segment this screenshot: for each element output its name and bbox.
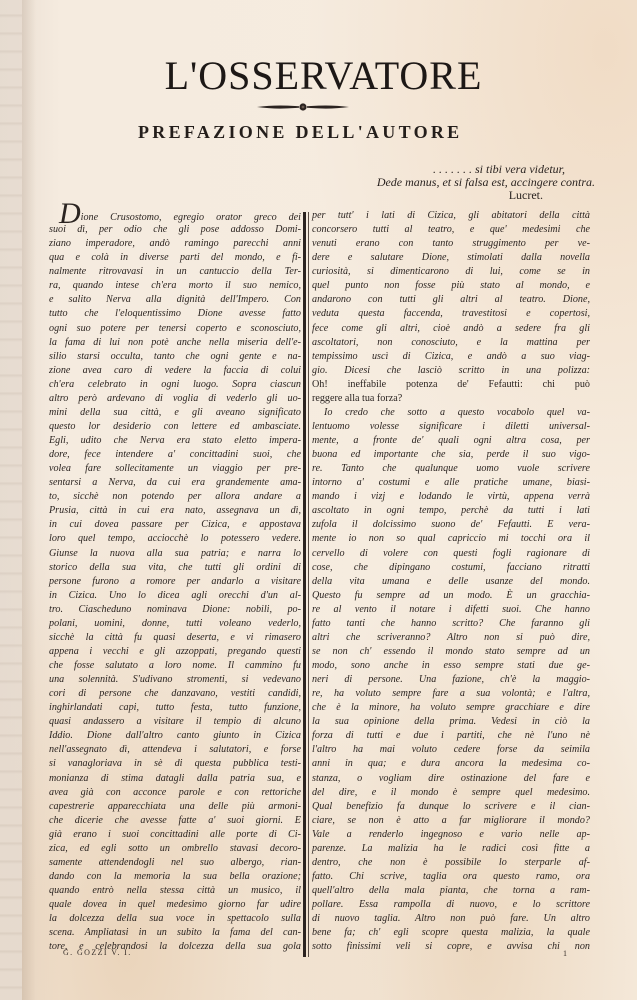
text-line-content: dando con la memoria la sua bella orazio… — [49, 871, 301, 882]
text-line: buona ed importante che sia, perde il su… — [312, 448, 590, 462]
text-line-content: silio starsi occulta, tanto che ogni gen… — [49, 351, 301, 362]
text-line-content: dentro, che non è possibile lo sterparle… — [312, 857, 590, 868]
book-page: L'OSSERVATORE PREFAZIONE DELL'AUTORE . .… — [0, 0, 637, 1000]
text-line-content: nalmente ritrovavasi in un cantuccio del… — [49, 266, 301, 277]
text-line-content: Vale a renderlo ingegnoso e vario nelle … — [312, 829, 590, 840]
text-line: si vanagloriava in sè di questa pubblica… — [49, 757, 301, 771]
text-line-content: Giunse la nuova alla sua patria; e narra… — [49, 548, 301, 559]
text-line: scena. Ampliatasi in un subito la fama d… — [49, 926, 301, 940]
text-line: quando entrò nella stessa città un music… — [49, 884, 301, 898]
page-binding-edge — [0, 0, 22, 1000]
text-line: volea fare sollecitamente un viaggio per… — [49, 462, 301, 476]
text-line-content: mente io non so qual capriccio mi tocchi… — [312, 533, 590, 544]
text-line-content: intorno a' costumi e alle pratiche umane… — [312, 477, 590, 488]
text-line: ascoltato in ogni tempo, perchè da tutti… — [312, 504, 590, 518]
text-line-content: veduta questa faccenda, travestitosi e c… — [312, 308, 590, 319]
text-line-content: neri di persone. Una fazione, ch'è la ma… — [312, 674, 590, 685]
text-line: dore, fece intendere a' concittadini suo… — [49, 448, 301, 462]
text-line: concorsero tutti al teatro, e que' medes… — [312, 223, 590, 237]
text-line-content: Prusia, città in cui era nato, assegnava… — [49, 505, 301, 516]
text-line: intorno a' costumi e alle pratiche umane… — [312, 476, 590, 490]
text-line: mente io non so qual capriccio mi tocchi… — [312, 532, 590, 546]
text-line-content: quando entrò nella stessa città un music… — [49, 885, 301, 896]
text-line: dando con la memoria la sua bella orazio… — [49, 870, 301, 884]
text-line: se non ch' essendo il mondo stato sempre… — [312, 645, 590, 659]
text-line-content: già erano i suoi concittadini alle porte… — [49, 829, 301, 840]
text-line-content: loro quel tempo, acciocchè lo potessero … — [49, 533, 301, 544]
text-line: che è la minore, ha voluto sempre gracch… — [312, 701, 590, 715]
text-line: Dione Crusostomo, egregio orator greco d… — [49, 209, 301, 223]
text-line: Qual benefizio fa dunque lo scrivere e i… — [312, 800, 590, 814]
epigraph: . . . . . . . si tibi vera videtur, Dede… — [295, 163, 595, 202]
text-line: curiosità, si dimenticarono di lui, come… — [312, 265, 590, 279]
text-line-content: re. Tanto che qualunque uomo vuole scriv… — [312, 463, 590, 474]
text-line-content: altri che scriveranno? Altro non si può … — [312, 632, 590, 643]
text-line-content: l'altro ha mai voluto cedere forse da se… — [312, 744, 590, 755]
text-line-content: tutto che l'eloquentissimo Dione avesse … — [49, 308, 301, 319]
text-line: la fama di lui non potè anche nella mise… — [49, 336, 301, 350]
text-line-content: mente, a fronte de' quali ogni altra cos… — [312, 435, 590, 446]
text-line-content: forza di tutti e due i partiti, che nè l… — [312, 730, 590, 741]
text-line-content: del dire, e il mondo è sempre quel medes… — [312, 787, 590, 798]
text-line: questo lor desiderio con lettere ed amba… — [49, 420, 301, 434]
text-line-content: volea fare sollecitamente un viaggio per… — [49, 463, 301, 474]
text-line: la sua opinione della prima. Vedesi in c… — [312, 715, 590, 729]
text-line: gio. Dicesi che lasciò scritto in una po… — [312, 364, 590, 378]
text-line-content: dere e salutare Dione, stimolati dalla n… — [312, 252, 590, 263]
text-line-content: zione avea caro di vedere la faccia di c… — [49, 365, 301, 376]
text-line-content: cervello di volere con questi fogli ragi… — [312, 548, 590, 559]
text-line: parenze. La malizia ha le radici così fi… — [312, 842, 590, 856]
text-line-content: che dicerie che avesse fatte a' suoi gio… — [49, 815, 301, 826]
text-line-content: quel punto non fosse più stato al mondo,… — [312, 280, 590, 291]
text-line: che dicerie che avesse fatte a' suoi gio… — [49, 814, 301, 828]
text-line-content: ione Crusostomo, egregio orator greco de… — [81, 212, 301, 223]
text-line: tro. Ciascheduno nominava Dione: nobili,… — [49, 603, 301, 617]
text-line-content: pollare. Essa rampolla di nuovo, e lo sc… — [312, 899, 590, 910]
text-line: altri che scriveranno? Altro non si può … — [312, 631, 590, 645]
text-line-content: una solennità. S'udivano stromenti, si v… — [49, 674, 301, 685]
text-line: cose, che dipingano costumi, facciano ri… — [312, 561, 590, 575]
text-line: ogni suo potere per tenersi coperto e sc… — [49, 322, 301, 336]
text-line: Io credo che sotto a questo vocabolo que… — [312, 406, 590, 420]
text-line-content: la sua opinione della prima. Vedesi in c… — [312, 716, 590, 727]
text-line: samente attendendogli nel suo albergo, r… — [49, 856, 301, 870]
text-line: zione avea caro di vedere la faccia di c… — [49, 364, 301, 378]
text-line: ra, quando intese ch'era morto il suo ne… — [49, 279, 301, 293]
text-line: quel punto non fosse più stato al mondo,… — [312, 279, 590, 293]
text-line: mente, a fronte de' quali ogni altra cos… — [312, 434, 590, 448]
text-line-content: ciare, se non è atto a far migliorare il… — [312, 815, 590, 826]
text-line: del dire, e il mondo è sempre quel medes… — [312, 786, 590, 800]
text-line: Giunse la nuova alla sua patria; e narra… — [49, 547, 301, 561]
text-line-content: avea già con acconce parole e con rettor… — [49, 787, 301, 798]
text-line-content: scena. Ampliatasi in un subito la fama d… — [49, 927, 301, 938]
text-line-content: parenze. La malizia ha le radici così fi… — [312, 843, 590, 854]
text-line-content: zica, ed egli sotto un ombrello stavasi … — [49, 843, 301, 854]
text-line-content: dore, fece intendere a' concittadini suo… — [49, 449, 301, 460]
text-line: loro quel tempo, acciocchè lo potessero … — [49, 532, 301, 546]
text-line: fatto tanti che hanno scritto? Che faran… — [312, 617, 590, 631]
text-line-content: qua e colà in diverse parti del mondo, e… — [49, 252, 301, 263]
text-line: l'altro ha mai voluto cedere forse da se… — [312, 743, 590, 757]
right-text-column: per tutt' i lati di Cizica, gli abitator… — [312, 209, 590, 954]
text-line: bene fa; ch' egli scopre questa malizia,… — [312, 926, 590, 940]
text-line: polani, uomini, donne, tutti voleano ved… — [49, 617, 301, 631]
text-line-content: Questo fu sempre ad un modo. È un gracch… — [312, 590, 590, 601]
text-line-content: in cui dovea passare per Cizica, e appos… — [49, 519, 301, 530]
text-line: modo, sono anche in esso sempre stati du… — [312, 659, 590, 673]
text-line-content: persone furono a romore per andarlo a vi… — [49, 576, 301, 587]
text-line: reggere alla tua forza? — [312, 392, 590, 406]
text-line-content: anni in qua; e dura ancora la medesima c… — [312, 758, 590, 769]
text-line: stanza, o vogliam dire ostinazione del f… — [312, 772, 590, 786]
text-line: nell'assegnato dì, attendeva i salutator… — [49, 743, 301, 757]
text-line: re al vento il notare i difetti suoi. Ch… — [312, 603, 590, 617]
text-line-content: fatto. Chi scrive, taglia ora questo ram… — [312, 871, 590, 882]
text-line-content: fatto tanti che hanno scritto? Che faran… — [312, 618, 590, 629]
text-line: sicchè la città fu quasi deserta, e vi r… — [49, 631, 301, 645]
text-line: in Cizica. Uno lo dicea agli orecchi d'u… — [49, 589, 301, 603]
text-line: quell'altro della mala pianta, che torna… — [312, 884, 590, 898]
section-heading: PREFAZIONE DELL'AUTORE — [138, 122, 462, 143]
text-line-content: concorsero tutti al teatro, e que' medes… — [312, 224, 590, 235]
text-line-content: di nuovo taglia. Altro non può fare. Un … — [312, 913, 590, 924]
text-line-content: della vita umana e delle usanze del mond… — [312, 576, 590, 587]
text-line: veduta questa faccenda, travestitosi e c… — [312, 307, 590, 321]
text-line-content: quell'altro della mala pianta, che torna… — [312, 885, 590, 896]
text-line: venuti erano con tanto struggimento per … — [312, 237, 590, 251]
text-line: forza di tutti e due i partiti, che nè l… — [312, 729, 590, 743]
text-line: Egli, udito che Nerva era stato eletto i… — [49, 434, 301, 448]
text-line: cervello di volere con questi fogli ragi… — [312, 547, 590, 561]
text-line: appena i vecchi e gli azzoppati, pregand… — [49, 645, 301, 659]
text-line-content: polani, uomini, donne, tutti voleano ved… — [49, 618, 301, 629]
text-line-content: stanza, o vogliam dire ostinazione del f… — [312, 773, 590, 784]
text-line: zica, ed egli sotto un ombrello stavasi … — [49, 842, 301, 856]
text-line: ziano imperadore, andò ramingo parecchi … — [49, 237, 301, 251]
left-text-column: Dione Crusostomo, egregio orator greco d… — [49, 209, 301, 954]
text-line: Oh! ineffabile potenza de' Fefautti: chi… — [312, 378, 590, 392]
text-line-content: storico della sua vita, che tutti gli or… — [49, 562, 301, 573]
text-line: sentarsi a Nerva, da cui era grandemente… — [49, 476, 301, 490]
text-line: per tutt' i lati di Cizica, gli abitator… — [312, 209, 590, 223]
text-line-content: ra, quando intese ch'era morto il suo ne… — [49, 280, 301, 291]
text-line: to, sicchè non potendo per allora andare… — [49, 490, 301, 504]
text-line-content: appena i vecchi e gli azzoppati, pregand… — [49, 646, 301, 657]
text-line: quale dovea in quel medesimo giorno far … — [49, 898, 301, 912]
text-line-content: re al vento il notare i difetti suoi. Ch… — [312, 604, 590, 615]
text-line: inghirlandati capi, tutto festa, tutto f… — [49, 701, 301, 715]
text-line-content: ziano imperadore, andò ramingo parecchi … — [49, 238, 301, 249]
text-line-content: sicchè la città fu quasi deserta, e vi r… — [49, 632, 301, 643]
text-line-content: tro. Ciascheduno nominava Dione: nobili,… — [49, 604, 301, 615]
text-line-content: quale dovea in quel medesimo giorno far … — [49, 899, 301, 910]
text-line-content: Qual benefizio fa dunque lo scrivere e i… — [312, 801, 590, 812]
text-line: tutto che l'eloquentissimo Dione avesse … — [49, 307, 301, 321]
text-line-content: ascoltato in ogni tempo, perchè da tutti… — [312, 505, 590, 516]
ornament-divider-icon — [255, 101, 351, 113]
text-line: fece come gli altri, cioè andò a sedere … — [312, 322, 590, 336]
text-line: ch'era celebrato in ogni luogo. Sopra ci… — [49, 378, 301, 392]
divider-thin-line — [308, 212, 309, 957]
text-line-content: Io credo che sotto a questo vocabolo que… — [324, 407, 590, 418]
text-line: lentuomo volesse significare i diletti u… — [312, 420, 590, 434]
text-line-content: zufola il dolcissimo suono de' Fefautti.… — [312, 519, 590, 530]
text-line-content: inghirlandati capi, tutto festa, tutto f… — [49, 702, 301, 713]
text-line-content: capestrerie apparecchiata una delle più … — [49, 801, 301, 812]
text-line: monianza di stima datagli dalla patria s… — [49, 772, 301, 786]
text-line: re, ha voluto sempre fare a sua volontà;… — [312, 687, 590, 701]
text-line: ciare, se non è atto a far migliorare il… — [312, 814, 590, 828]
text-line: una solennità. S'udivano stromenti, si v… — [49, 673, 301, 687]
text-line: neri di persone. Una fazione, ch'è la ma… — [312, 673, 590, 687]
text-line-content: nell'assegnato dì, attendeva i salutator… — [49, 744, 301, 755]
text-line-content: mando i vizj e lodando le virtù, appena … — [312, 491, 590, 502]
printer-signature: G. GOZZI V. I. — [63, 948, 132, 957]
text-line-content: sentarsi a Nerva, da cui era grandemente… — [49, 477, 301, 488]
text-line-content: sotto finissimi veli si copre, e avvisa … — [312, 941, 590, 952]
text-line: persone furono a romore per andarlo a vi… — [49, 575, 301, 589]
text-line-content: Egli, udito che Nerva era stato eletto i… — [49, 435, 301, 446]
text-line-content: in Cizica. Uno lo dicea agli orecchi d'u… — [49, 590, 301, 601]
text-line-content: ogni suo potere per tenersi coperto e sc… — [49, 323, 301, 334]
text-line-content: lentuomo volesse significare i diletti u… — [312, 421, 590, 432]
text-line: re. Tanto che qualunque uomo vuole scriv… — [312, 462, 590, 476]
text-line-content: suoi dì, per odio che gli pose addosso D… — [49, 224, 301, 235]
text-line-content: ch'era celebrato in ogni luogo. Sopra ci… — [49, 379, 301, 390]
text-line-content: e salito Nerva alla dignità dell'Impero.… — [49, 294, 301, 305]
text-line: dere e salutare Dione, stimolati dalla n… — [312, 251, 590, 265]
text-line-content: mini della sua città, e gli aveano signi… — [49, 407, 301, 418]
text-line-content: buona ed importante che sia, perde il su… — [312, 449, 590, 460]
text-line-content: gio. Dicesi che lasciò scritto in una po… — [312, 365, 590, 376]
text-line: nalmente ritrovavasi in un cantuccio del… — [49, 265, 301, 279]
text-line-content: tempissimo uscì di Cizica, e andò a suo … — [312, 351, 590, 362]
text-line-content: andarono con tutti gli altri al teatro. … — [312, 294, 590, 305]
text-line: Prusia, città in cui era nato, assegnava… — [49, 504, 301, 518]
text-line: suoi dì, per odio che gli pose addosso D… — [49, 223, 301, 237]
text-line-content: Iddio. Dione dall'altro canto giunto in … — [49, 730, 301, 741]
text-line: Iddio. Dione dall'altro canto giunto in … — [49, 729, 301, 743]
text-line-content: fece come gli altri, cioè andò a sedere … — [312, 323, 590, 334]
text-line-content: modo, sono anche in esso sempre stati du… — [312, 660, 590, 671]
text-line-content: cori di persone che danzavano, vestiti c… — [49, 688, 301, 699]
binding-shadow — [22, 0, 36, 1000]
text-line: Vale a renderlo ingegnoso e vario nelle … — [312, 828, 590, 842]
text-line-content: monianza di stima datagli dalla patria s… — [49, 773, 301, 784]
text-line: storico della sua vita, che tutti gli or… — [49, 561, 301, 575]
divider-thick-line — [303, 212, 306, 957]
text-line-content: la fama di lui non potè anche nella mise… — [49, 337, 301, 348]
text-line-content: cose, che dipingano costumi, facciano ri… — [312, 562, 590, 573]
text-line: Questo fu sempre ad un modo. È un gracch… — [312, 589, 590, 603]
page-mark: 1 — [563, 949, 567, 958]
text-line: della vita umana e delle usanze del mond… — [312, 575, 590, 589]
text-line: già erano i suoi concittadini alle porte… — [49, 828, 301, 842]
text-line-content: re, ha voluto sempre fare a sua volontà;… — [312, 688, 590, 699]
text-line: cori di persone che danzavano, vestiti c… — [49, 687, 301, 701]
text-line: sotto finissimi veli si copre, e avvisa … — [312, 940, 590, 954]
text-line-content: ascoltatori, non conosciuto, e la mattin… — [312, 337, 590, 348]
text-line-content: Oh! ineffabile potenza de' Fefautti: chi… — [312, 379, 590, 390]
text-line-content: samente attendendogli nel suo albergo, r… — [49, 857, 301, 868]
text-line: andarono con tutti gli altri al teatro. … — [312, 293, 590, 307]
text-line-content: venuti erano con tanto struggimento per … — [312, 238, 590, 249]
text-line: tempissimo uscì di Cizica, e andò a suo … — [312, 350, 590, 364]
text-line: anni in qua; e dura ancora la medesima c… — [312, 757, 590, 771]
text-line-content: quasi andassero a visitare il tempio di … — [49, 716, 301, 727]
text-line-content: si vanagloriava in sè di questa pubblica… — [49, 758, 301, 769]
text-line-content: questo lor desiderio con lettere ed amba… — [49, 421, 301, 432]
text-line: di nuovo taglia. Altro non può fare. Un … — [312, 912, 590, 926]
text-line: altro però ardevano di voglia di vederlo… — [49, 392, 301, 406]
text-line: la dolcezza della sua voce in spettacolo… — [49, 912, 301, 926]
epigraph-source: Lucret. — [295, 189, 595, 202]
text-line: qua e colà in diverse parti del mondo, e… — [49, 251, 301, 265]
column-divider-rule — [303, 212, 309, 957]
text-line-content: se non ch' essendo il mondo stato sempre… — [312, 646, 590, 657]
text-line: mando i vizj e lodando le virtù, appena … — [312, 490, 590, 504]
text-line: avea già con acconce parole e con rettor… — [49, 786, 301, 800]
text-line: e salito Nerva alla dignità dell'Impero.… — [49, 293, 301, 307]
text-line: fatto. Chi scrive, taglia ora questo ram… — [312, 870, 590, 884]
epigraph-line-2: Dede manus, et si falsa est, accingere c… — [295, 176, 595, 189]
text-line-content: curiosità, si dimenticarono di lui, come… — [312, 266, 590, 277]
text-line-content: la dolcezza della sua voce in spettacolo… — [49, 913, 301, 924]
text-line: in cui dovea passare per Cizica, e appos… — [49, 518, 301, 532]
text-line-content: che è la minore, ha voluto sempre gracch… — [312, 702, 590, 713]
text-line: dentro, che non è possibile lo sterparle… — [312, 856, 590, 870]
text-line: mini della sua città, e gli aveano signi… — [49, 406, 301, 420]
text-line-content: to, sicchè non potendo per allora andare… — [49, 491, 301, 502]
text-line-content: reggere alla tua forza? — [312, 393, 402, 404]
text-line: pollare. Essa rampolla di nuovo, e lo sc… — [312, 898, 590, 912]
text-line: che fosse salutato a loro nome. Il cammi… — [49, 659, 301, 673]
text-line: quasi andassero a visitare il tempio di … — [49, 715, 301, 729]
text-line-content: bene fa; ch' egli scopre questa malizia,… — [312, 927, 590, 938]
text-line: ascoltatori, non conosciuto, e la mattin… — [312, 336, 590, 350]
text-line-content: per tutt' i lati di Cizica, gli abitator… — [312, 210, 590, 221]
text-line-content: che fosse salutato a loro nome. Il cammi… — [49, 660, 301, 671]
text-line: zufola il dolcissimo suono de' Fefautti.… — [312, 518, 590, 532]
page-title: L'OSSERVATORE — [0, 52, 637, 99]
text-line-content: altro però ardevano di voglia di vederlo… — [49, 393, 301, 404]
text-line: capestrerie apparecchiata una delle più … — [49, 800, 301, 814]
text-line: silio starsi occulta, tanto che ogni gen… — [49, 350, 301, 364]
